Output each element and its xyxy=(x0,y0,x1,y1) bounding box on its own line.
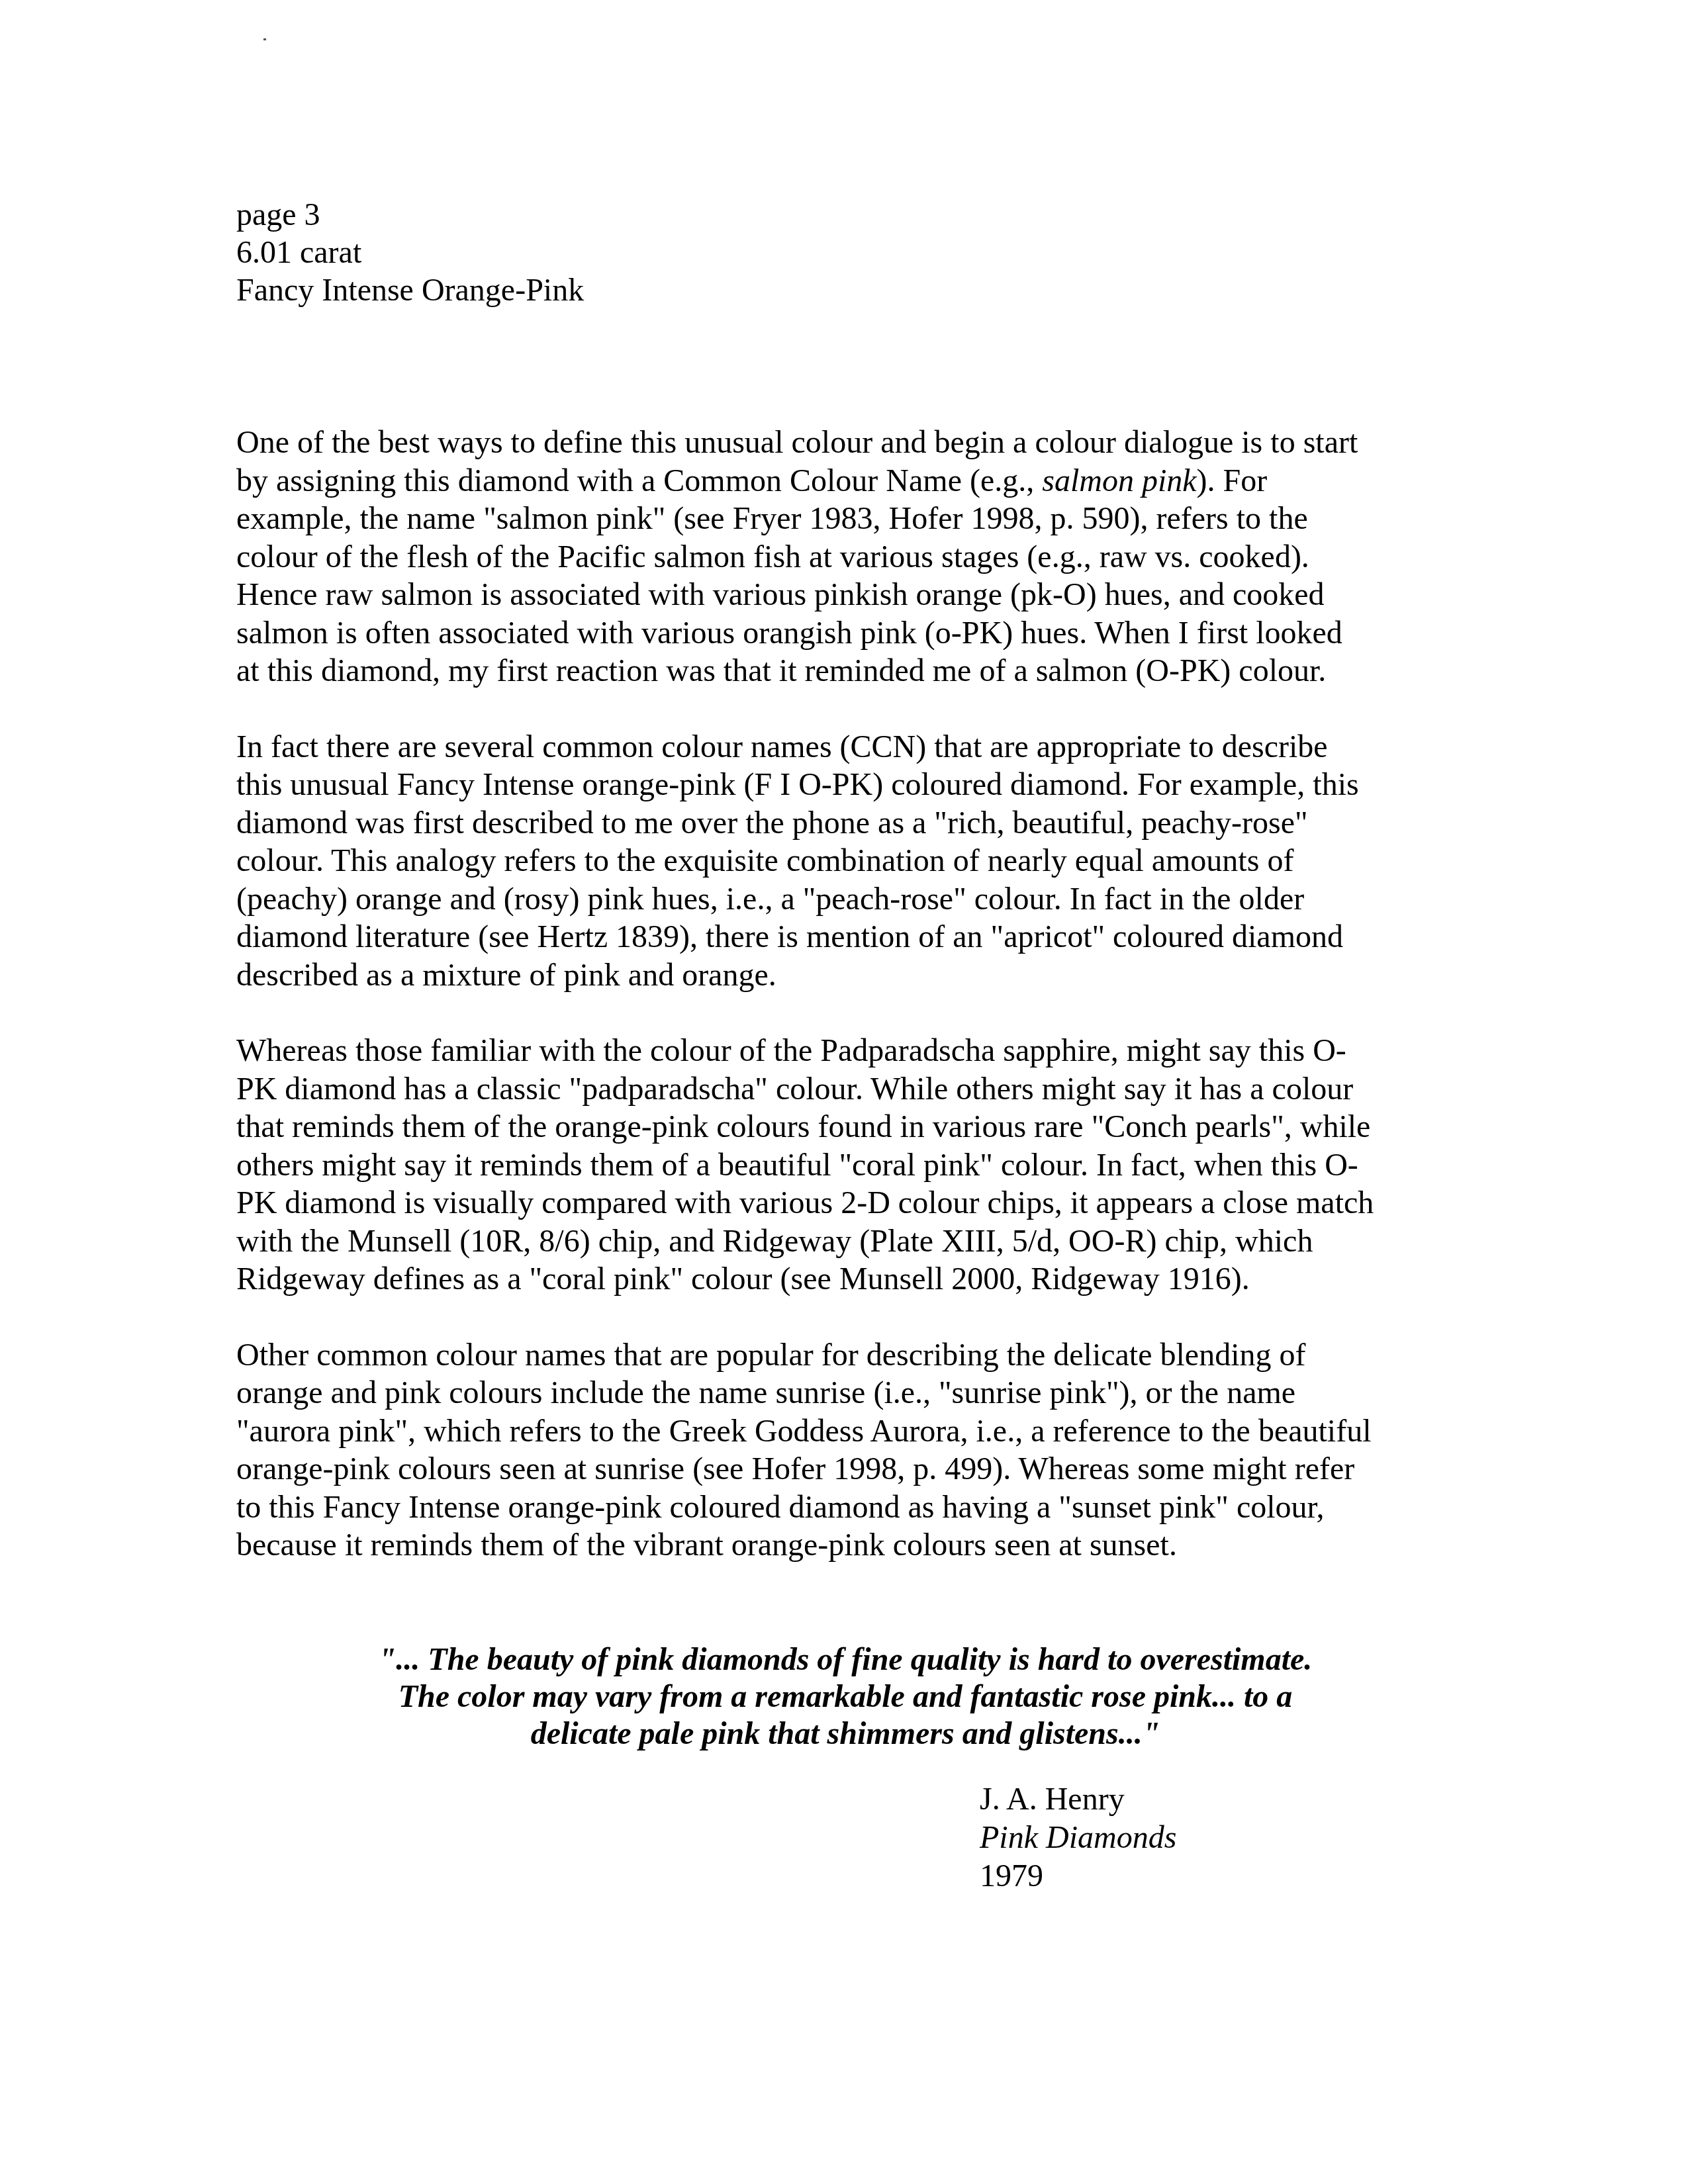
paragraph-2: In fact there are several common colour … xyxy=(236,728,1428,995)
colour-grade: Fancy Intense Orange-Pink xyxy=(236,271,584,309)
page-number: page 3 xyxy=(236,196,584,234)
document-body: One of the best ways to define this unus… xyxy=(236,424,1428,1602)
italic-term: salmon pink xyxy=(1042,463,1196,498)
quote-author: J. A. Henry xyxy=(980,1780,1176,1819)
paragraph-3: Whereas those familiar with the colour o… xyxy=(236,1032,1428,1298)
paragraph-4: Other common colour names that are popul… xyxy=(236,1336,1428,1565)
scan-speck xyxy=(263,38,266,40)
paragraph-1: One of the best ways to define this unus… xyxy=(236,424,1428,690)
block-quote: "... The beauty of pink diamonds of fine… xyxy=(236,1641,1454,1752)
quote-book-title: Pink Diamonds xyxy=(980,1819,1176,1857)
quote-year: 1979 xyxy=(980,1857,1176,1895)
carat-weight: 6.01 carat xyxy=(236,234,584,271)
quote-attribution: J. A. Henry Pink Diamonds 1979 xyxy=(980,1780,1176,1895)
page-header: page 3 6.01 carat Fancy Intense Orange-P… xyxy=(236,196,584,309)
